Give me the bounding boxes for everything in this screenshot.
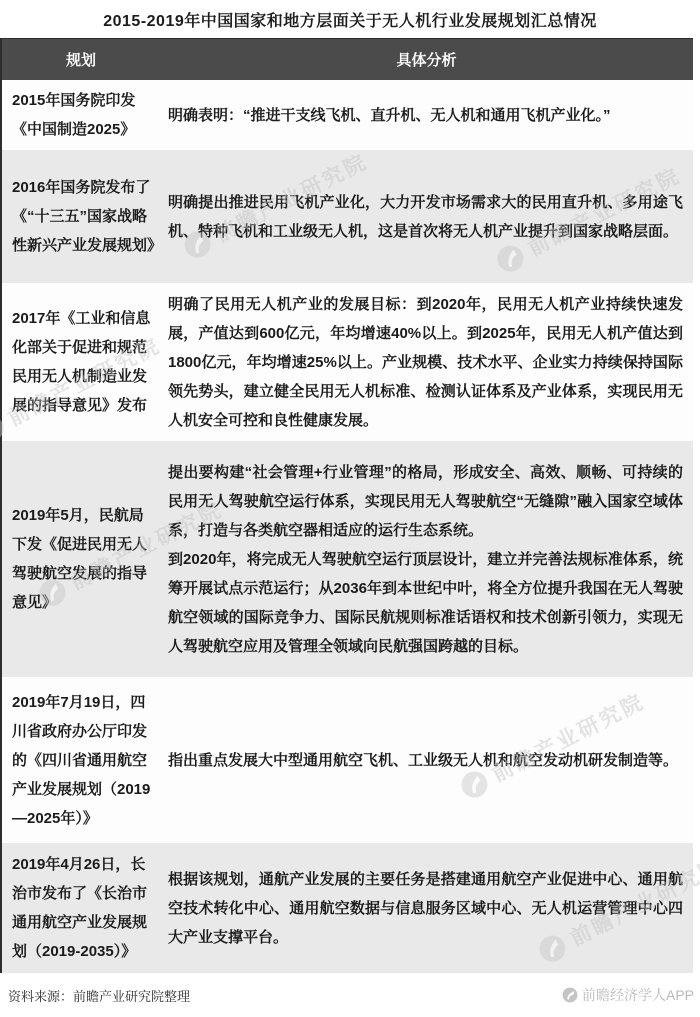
analysis-paragraph: 指出重点发展大中型通用航空飞机、工业级无人机和航空发动机研发制造等。 bbox=[168, 746, 683, 775]
analysis-cell: 根据该规划，通航产业发展的主要任务是搭建通用航空产业促进中心、通用航空技术转化中… bbox=[160, 843, 693, 973]
source-note: 资料来源：前瞻产业研究院整理 bbox=[8, 986, 190, 1005]
analysis-paragraph: 明确表明：“推进干支线飞机、直升机、无人机和通用飞机产业化。” bbox=[168, 101, 683, 130]
table-row: 2019年7月19日，四川省政府办公厅印发的《四川省通用航空产业发展规划（201… bbox=[2, 677, 693, 843]
footer: 资料来源：前瞻产业研究院整理 前瞻经济学人APP bbox=[0, 973, 700, 1005]
report-page: 2015-2019年中国国家和地方层面关于无人机行业发展规划汇总情况 规划 具体… bbox=[0, 0, 700, 1017]
column-header-plan: 规划 bbox=[2, 39, 160, 80]
brand-badge: 前瞻经济学人APP bbox=[562, 985, 694, 1005]
column-header-analysis: 具体分析 bbox=[160, 39, 693, 80]
analysis-cell: 指出重点发展大中型通用航空飞机、工业级无人机和航空发动机研发制造等。 bbox=[160, 677, 693, 843]
plans-table: 规划 具体分析 2015年国务院印发《中国制造2025》 明确表明：“推进干支线… bbox=[0, 38, 693, 973]
analysis-paragraph: 明确提出推进民用飞机产业化，大力开发市场需求大的民用直升机、多用途飞机、特种飞机… bbox=[168, 188, 683, 246]
plan-cell: 2017年《工业和信息化部关于促进和规范民用无人机制造业发展的指导意见》发布 bbox=[2, 283, 160, 441]
plan-cell: 2019年7月19日，四川省政府办公厅印发的《四川省通用航空产业发展规划（201… bbox=[2, 677, 160, 843]
analysis-cell: 明确了民用无人机产业的发展目标：到2020年，民用无人机产业持续快速发展，产值达… bbox=[160, 283, 693, 441]
plan-cell: 2016年国务院发布了《“十三五”国家战略性新兴产业发展规划》 bbox=[2, 150, 160, 283]
table-row: 2016年国务院发布了《“十三五”国家战略性新兴产业发展规划》 明确提出推进民用… bbox=[2, 150, 693, 283]
analysis-cell: 明确提出推进民用飞机产业化，大力开发市场需求大的民用直升机、多用途飞机、特种飞机… bbox=[160, 150, 693, 283]
table-header-row: 规划 具体分析 bbox=[2, 39, 693, 80]
table-row: 2015年国务院印发《中国制造2025》 明确表明：“推进干支线飞机、直升机、无… bbox=[2, 80, 693, 150]
plan-cell: 2019年5月，民航局下发《促进民用无人驾驶航空发展的指导意见》 bbox=[2, 441, 160, 677]
analysis-paragraph: 明确了民用无人机产业的发展目标：到2020年，民用无人机产业持续快速发展，产值达… bbox=[168, 290, 683, 435]
brand-name: 前瞻经济学人APP bbox=[582, 985, 694, 1005]
table-row: 2017年《工业和信息化部关于促进和规范民用无人机制造业发展的指导意见》发布 明… bbox=[2, 283, 693, 441]
analysis-paragraph: 根据该规划，通航产业发展的主要任务是搭建通用航空产业促进中心、通用航空技术转化中… bbox=[168, 865, 683, 952]
analysis-cell: 提出要构建“社会管理+行业管理”的格局，形成安全、高效、顺畅、可持续的民用无人驾… bbox=[160, 441, 693, 677]
analysis-paragraph: 提出要构建“社会管理+行业管理”的格局，形成安全、高效、顺畅、可持续的民用无人驾… bbox=[168, 458, 683, 545]
page-title: 2015-2019年中国国家和地方层面关于无人机行业发展规划汇总情况 bbox=[0, 0, 700, 38]
table-row: 2019年4月26日，长治市发布了《长治市通用航空产业发展规划（2019-203… bbox=[2, 843, 693, 973]
plan-cell: 2015年国务院印发《中国制造2025》 bbox=[2, 80, 160, 150]
analysis-cell: 明确表明：“推进干支线飞机、直升机、无人机和通用飞机产业化。” bbox=[160, 80, 693, 150]
analysis-paragraph: 到2020年，将完成无人驾驶航空运行顶层设计，建立并完善法规标准体系，统筹开展试… bbox=[168, 545, 683, 661]
qianzhan-logo-icon bbox=[562, 987, 578, 1003]
plan-cell: 2019年4月26日，长治市发布了《长治市通用航空产业发展规划（2019-203… bbox=[2, 843, 160, 973]
table-row: 2019年5月，民航局下发《促进民用无人驾驶航空发展的指导意见》 提出要构建“社… bbox=[2, 441, 693, 677]
